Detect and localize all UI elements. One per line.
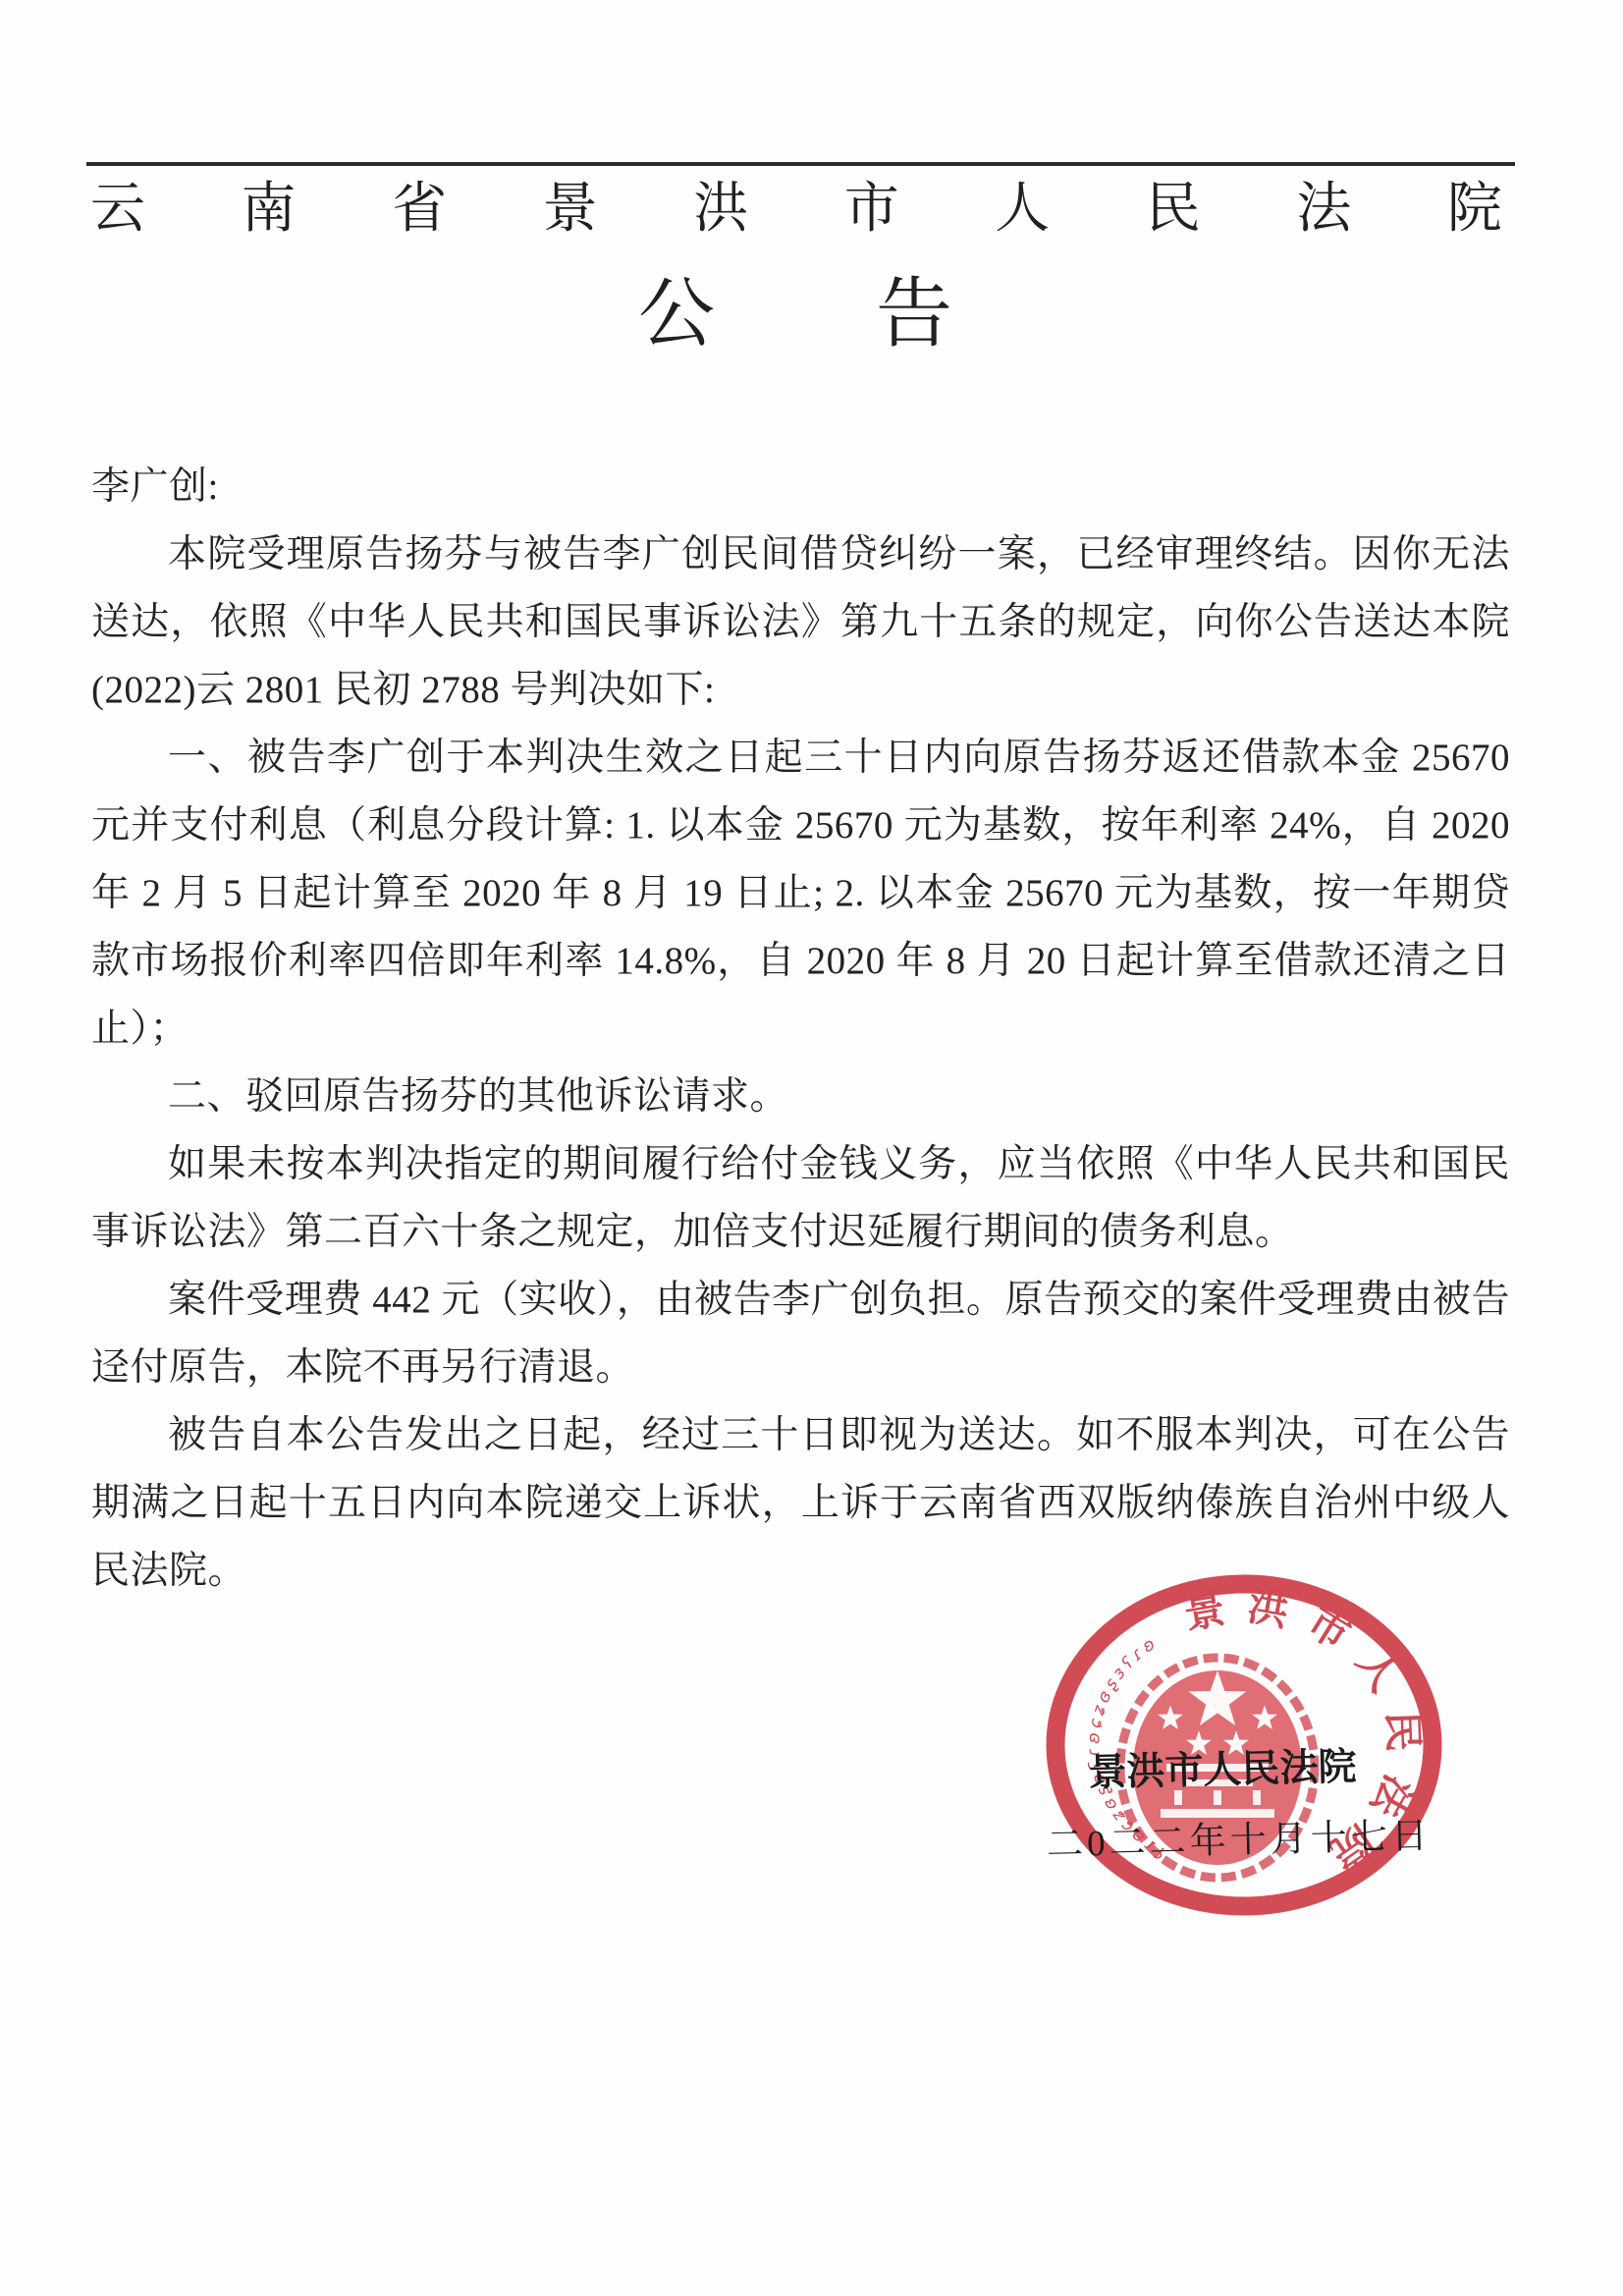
body-paragraph-4: 如果未按本判决指定的期间履行给付金钱义务，应当依照《中华人民共和国民事诉讼法》第… xyxy=(91,1130,1510,1266)
body-text: 李广创: 本院受理原告扬芬与被告李广创民间借贷纠纷一案，已经审理终结。因你无法送… xyxy=(91,453,1510,1605)
official-seal: 景洪市人民法院 ʕɾʚɕʑɞʂɜʕɾʚɕʑɞʂɜʕɾʚ 景洪市人民法院 二0二二… xyxy=(1038,1563,1450,1927)
seal-graphic: 景洪市人民法院 ʕɾʚɕʑɞʂɜʕɾʚɕʑɞʂɜʕɾʚ xyxy=(1038,1563,1450,1927)
addressee: 李广创: xyxy=(91,453,1510,520)
body-paragraph-5: 案件受理费 442 元（实收），由被告李广创负担。原告预交的案件受理费由被告迳付… xyxy=(91,1266,1510,1401)
body-paragraph-3: 二、驳回原告扬芬的其他诉讼请求。 xyxy=(91,1063,1510,1130)
header-rule xyxy=(86,162,1515,166)
body-paragraph-2: 一、被告李广创于本判决生效之日起三十日内向原告扬芬返还借款本金 25670 元并… xyxy=(91,724,1510,1063)
announcement-title: 公告 xyxy=(638,271,952,361)
document-page: 云南省景洪市人民法院 公告 李广创: 本院受理原告扬芬与被告李广创民间借贷纠纷一… xyxy=(0,0,1623,2296)
body-paragraph-1: 本院受理原告扬芬与被告李广创民间借贷纠纷一案，已经审理终结。因你无法送达，依照《… xyxy=(91,520,1510,724)
seal-court-name: 景洪市人民法院 xyxy=(1085,1747,1361,1794)
court-title: 云南省景洪市人民法院 xyxy=(90,177,1502,246)
